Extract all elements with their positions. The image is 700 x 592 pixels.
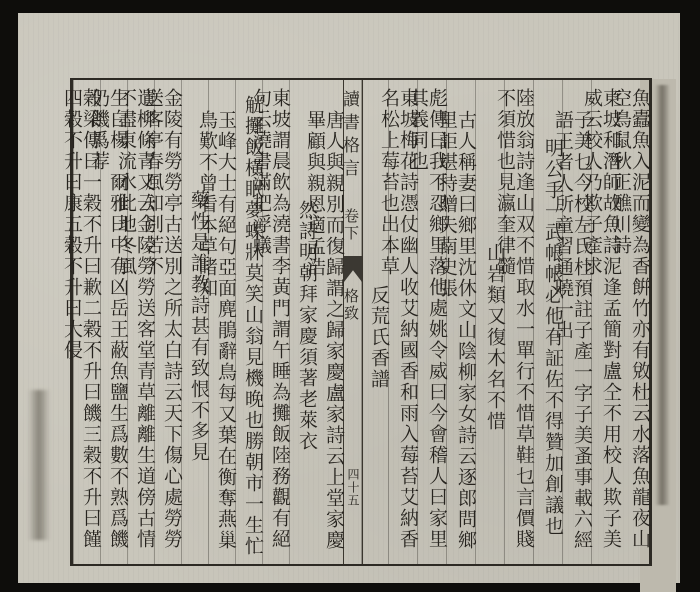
column-text: 古人稱妻曰鄉里沈休文山陰柳家女詩云逐郎問鄉里詎堪持贈夫南史張: [447, 88, 475, 564]
text-column: 玉峰大士有絕句亞面麂鵑辭鳥每又葉在衡奪燕巢鳥歎不曾看本草睹知: [208, 80, 235, 564]
column-text: 遣柳條青又云金陵勞勞送客堂青草離離生道傍古情不盡東流水此地冬風: [128, 88, 154, 564]
column-text: 反荒氏香譜: [362, 263, 388, 390]
section-label: 格致: [344, 288, 362, 322]
text-column: 生白楊 爾雅曰中有凶岳王蔽魚鹽生爲數不熟爲饑仍饑爲荐: [100, 80, 127, 564]
page-number: 四十五: [344, 468, 362, 507]
text-column: 金陵有勞勞亭古送別之所太白詩云天下傷心處勞勞送客亭春風知別苦不: [154, 80, 181, 564]
column-text: 彪傳曰我不忍鄉里落他處姚令威曰今會稽人曰家里其義同也: [418, 88, 446, 564]
text-column: 反荒氏香譜: [361, 80, 388, 564]
text-column: 古人稱妻曰鄉里沈休文山陰柳家女詩云逐郎問鄉里詎堪持贈夫南史張: [446, 80, 475, 564]
text-column: 陸放翁詩逢山双不惜取水一單行不惜草鞋乜言價賤不須惜也見瀛奎律髓: [504, 80, 533, 564]
text-column: 東坡和潛師故魚詩泥逢孟簡對盧仝不用校人欺子美威云校人乃欺子產求: [591, 80, 620, 564]
text-column: 藥性是誰教詩甚有致恨不多見: [181, 80, 208, 564]
printed-frame: 魚蠹魚入泥而變為香餠竹亦有敓杜云水落魚龍夜山空鳥鼠秋正醮川詩 東坡和潛師故魚詩泥…: [70, 78, 652, 566]
column-text: 玉峰大士有絕句亞面麂鵑辭鳥每又葉在衡奪燕巢鳥歎不曾看本草睹知: [209, 88, 235, 564]
column-text: 唐人與親別而復歸謂之歸家慶盧家詩云上堂家慶畢顧與親恩適孟浩: [316, 88, 343, 564]
column-text: 藥性是誰教詩甚有致恨不多見: [182, 190, 208, 463]
text-column: 唐人與親別而復歸謂之歸家慶盧家詩云上堂家慶畢顧與親恩適孟浩: [316, 80, 343, 564]
column-text: 生白楊 爾雅曰中有凶岳王蔽魚鹽生爲數不熟爲饑仍饑爲荐: [101, 88, 127, 564]
text-column: 山岩類又復木名不惜: [475, 80, 504, 564]
fishtail-mark-icon: [344, 256, 362, 282]
text-column: 東坡梅花詩憑仗幽人收艾納國香和雨入莓苔艾納香名松上莓苔也出本草: [388, 80, 417, 564]
text-column: 穀梁傳曰一穀不升曰歉二穀不升曰饑三穀不升曰饉四穀不升曰康五穀不升曰大侵: [73, 80, 100, 564]
column-text: 山岩類又復木名不惜: [476, 221, 504, 432]
column-text: 然詩明朝拜家慶須著老萊衣: [290, 200, 316, 452]
column-text: 魚蠹魚入泥而變為香餠竹亦有敓杜云水落魚龍夜山空鳥鼠秋正醮川詩: [620, 88, 649, 564]
text-column: 子美乜今校左氏杜預註子產一字子美蚤事載六經語王者人所童習通曉一出: [562, 80, 591, 564]
text-column: 然詩明朝拜家慶須著老萊衣: [289, 80, 316, 564]
right-half-text: 魚蠹魚入泥而變為香餠竹亦有敓杜云水落魚龍夜山空鳥鼠秋正醮川詩 東坡和潛師故魚詩泥…: [361, 80, 649, 564]
volume-label: 卷下: [344, 208, 362, 242]
left-half-text: 唐人與親別而復歸謂之歸家慶盧家詩云上堂家慶畢顧與親恩適孟浩 然詩明朝拜家慶須著老…: [73, 80, 343, 564]
text-column: 魚蠹魚入泥而變為香餠竹亦有敓杜云水落魚龍夜山空鳥鼠秋正醮川詩: [620, 80, 649, 564]
column-text: 觥攤飯橫眠夢蝶牀莫笑山翁見機晚也勝朝市一生忙: [236, 95, 262, 557]
column-text: 陸放翁詩逢山双不惜取水一單行不惜草鞋乜言價賤不須惜也見瀛奎律髓: [505, 88, 533, 564]
column-text: 子美乜今校左氏杜預註子產一字子美蚤事載六經語王者人所童習通曉一出: [563, 88, 591, 564]
column-text: 東坡和潛師故魚詩泥逢孟簡對盧仝不用校人欺子美威云校人乃欺子產求: [592, 88, 620, 564]
center-fold: 讀書格言 卷下 格致 四十五: [343, 80, 363, 564]
column-text: 金陵有勞勞亭古送別之所太白詩云天下傷心處勞勞送客亭春風知別苦不: [155, 88, 181, 564]
column-text: 穀梁傳曰一穀不升曰歉二穀不升曰饑三穀不升曰饉四穀不升曰康五穀不升曰大侵: [74, 88, 100, 564]
text-column: 東坡謂晨飲為澆書李黃門謂午睡為攤飯陸務觀有絕句云澆書滿把浮蟻: [262, 80, 289, 564]
text-column: 觥攤飯橫眠夢蝶牀莫笑山翁見機晚也勝朝市一生忙: [235, 80, 262, 564]
book-title: 讀書格言: [344, 90, 362, 182]
text-column: 明公手一武帳帳必他有証佐不得贊加創議也: [533, 80, 562, 564]
text-column: 彪傳曰我不忍鄉里落他處姚令威曰今會稽人曰家里其義同也: [417, 80, 446, 564]
ink-stain-left: [28, 390, 50, 540]
column-text: 明公手一武帳帳必他有証佐不得贊加創議也: [534, 116, 562, 537]
column-text: 東坡梅花詩憑仗幽人收艾納國香和雨入莓苔艾納香名松上莓苔也出本草: [389, 88, 417, 564]
ink-stain-right: [655, 85, 669, 505]
text-column: 遣柳條青又云金陵勞勞送客堂青草離離生道傍古情不盡東流水此地冬風: [127, 80, 154, 564]
column-text: 東坡謂晨飲為澆書李黃門謂午睡為攤飯陸務觀有絕句云澆書滿把浮蟻: [263, 88, 289, 564]
